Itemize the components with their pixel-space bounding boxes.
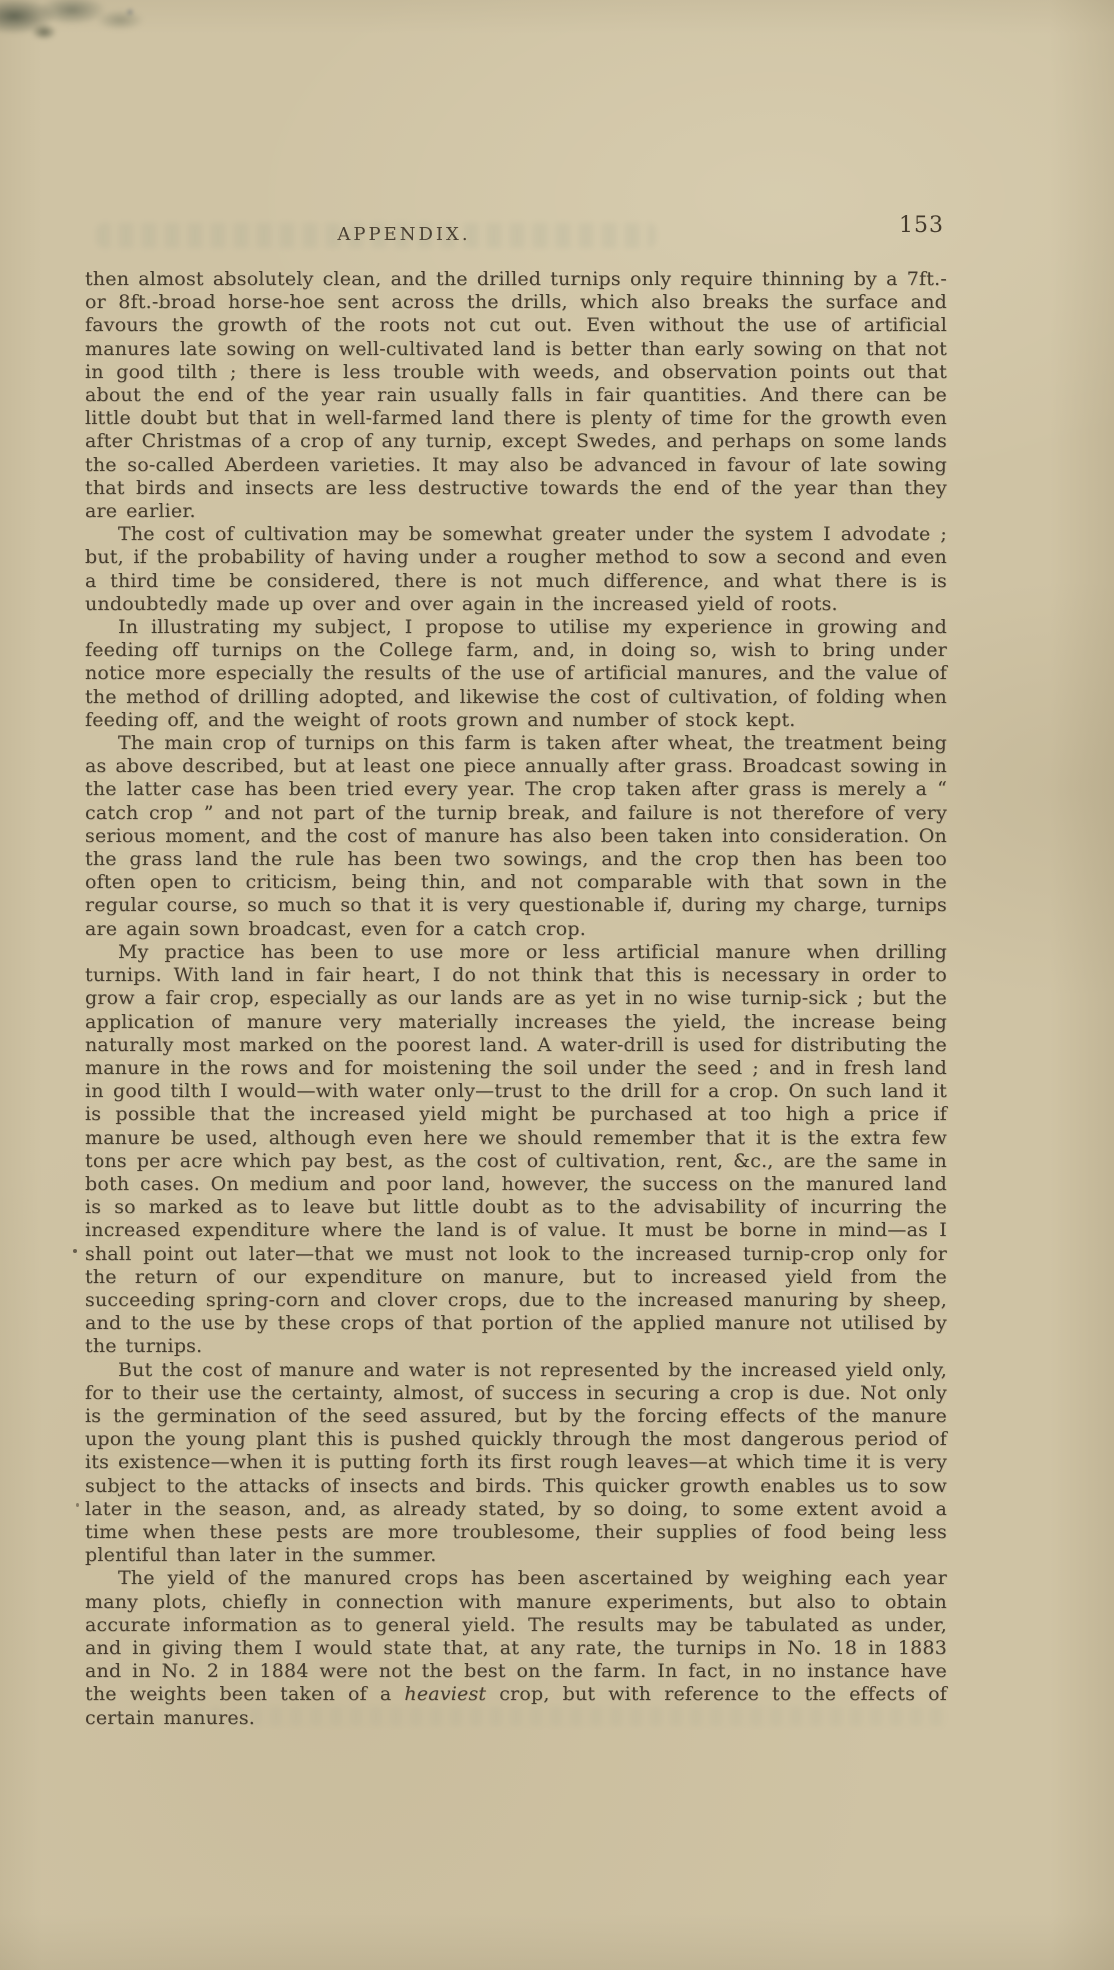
text-segment: The cost of cultivation may be somewhat … <box>85 523 947 615</box>
page-number: 153 <box>880 213 944 238</box>
text-segment: In illustrating my subject, I propose to… <box>85 616 947 731</box>
book-page: APPENDIX. 153 then almost absolutely cle… <box>0 0 1114 1970</box>
paragraph: But the cost of manure and water is not … <box>85 1359 947 1568</box>
ink-speck <box>73 1249 77 1253</box>
text-segment: My practice has been to use more or less… <box>85 941 947 1357</box>
text-segment: But the cost of manure and water is not … <box>85 1359 947 1567</box>
ink-speck <box>76 1503 79 1507</box>
paragraph: The yield of the manured crops has been … <box>85 1567 947 1729</box>
scan-stain-top-left <box>0 0 190 60</box>
paragraph: then almost absolutely clean, and the dr… <box>85 268 947 523</box>
paragraph: The main crop of turnips on this farm is… <box>85 732 947 941</box>
text-segment: then almost absolutely clean, and the dr… <box>85 268 947 522</box>
italic-text: heaviest <box>404 1683 486 1705</box>
paragraph: In illustrating my subject, I propose to… <box>85 616 947 732</box>
running-head: APPENDIX. <box>296 224 512 245</box>
text-segment: The main crop of turnips on this farm is… <box>85 732 947 940</box>
body-text: then almost absolutely clean, and the dr… <box>85 268 947 1730</box>
paragraph: My practice has been to use more or less… <box>85 941 947 1359</box>
paragraph: The cost of cultivation may be somewhat … <box>85 523 947 616</box>
